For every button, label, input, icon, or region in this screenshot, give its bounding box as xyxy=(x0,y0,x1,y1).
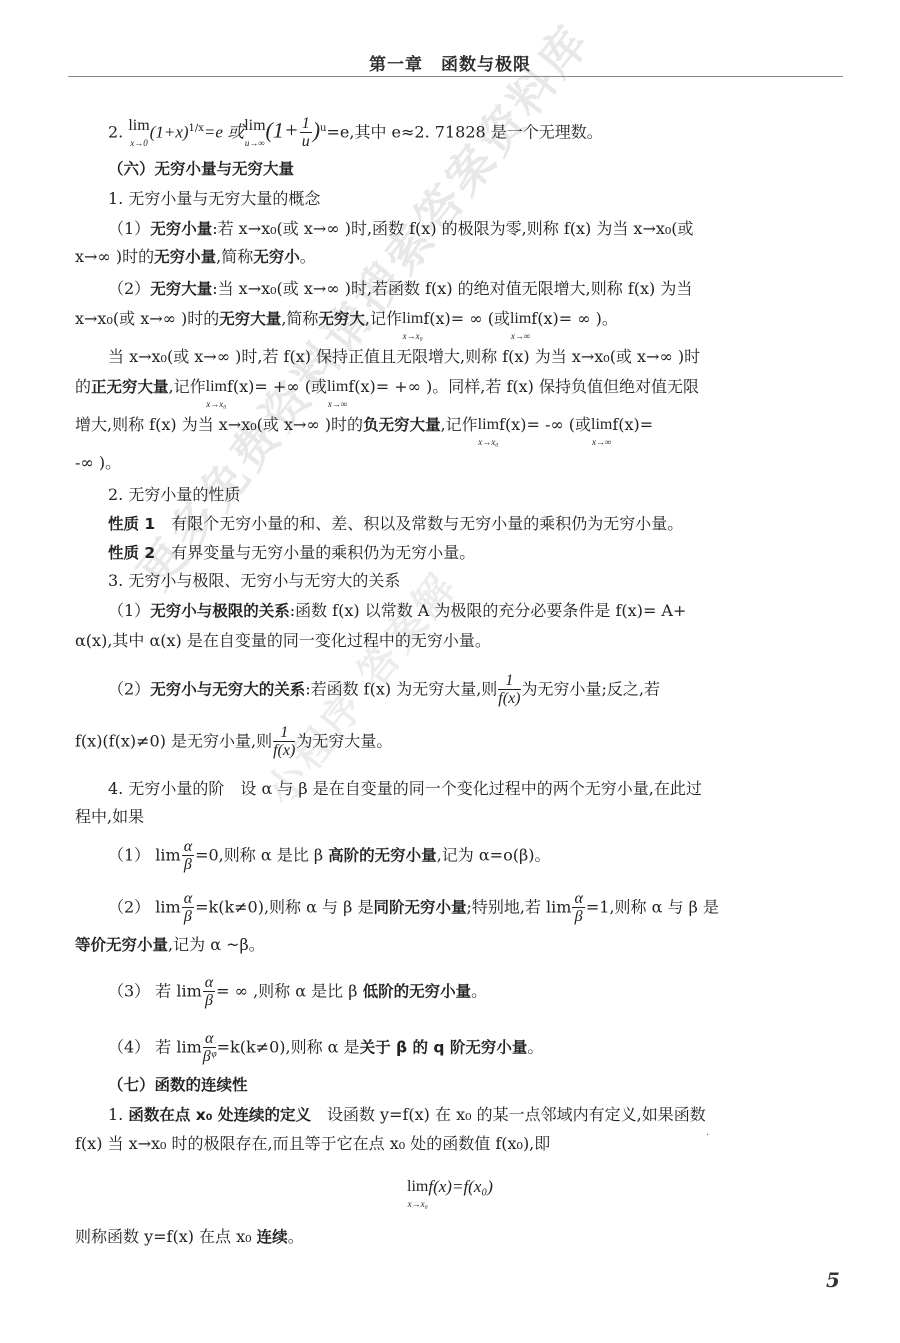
order-case-3: （3） 若 limαβ= ∞ ,则称 α 是比 β 低阶的无穷小量。 xyxy=(108,974,845,1010)
book-page: 第一章 函数与极限 更多免费资料请搜索答案资料库 小程序 答案解 2. limx… xyxy=(0,0,900,1343)
paragraph-line: x→∞ )时的无穷小量,简称无穷小。 xyxy=(75,246,845,268)
lim-operator: limu→∞ xyxy=(244,115,265,137)
lim-operator: limx→0 xyxy=(128,115,149,137)
paragraph-line: 的正无穷大量,记作limx→x₀f(x)= +∞ (或limx→∞f(x)= +… xyxy=(75,376,845,398)
section-heading-7: （七）函数的连续性 xyxy=(108,1074,845,1096)
paragraph-line: 增大,则称 f(x) 为当 x→x₀(或 x→∞ )时的负无穷大量,记作limx… xyxy=(75,414,845,436)
paragraph-line: 则称函数 y=f(x) 在点 x₀ 连续。 xyxy=(75,1226,845,1248)
paragraph-line: α(x),其中 α(x) 是在自变量的同一变化过程中的无穷小量。 xyxy=(75,630,845,652)
formula-e-limit: 2. limx→0(1+x)1/x=e 或limu→∞(1+1u)u=e,其中 … xyxy=(108,115,845,151)
chapter-header: 第一章 函数与极限 xyxy=(0,50,900,75)
section-heading-6: （六）无穷小量与无穷大量 xyxy=(108,158,845,180)
subsection-heading: 3. 无穷小与极限、无穷小与无穷大的关系 xyxy=(108,570,845,592)
property-1: 性质 1 有限个无穷小量的和、差、积以及常数与无穷小量的乘积仍为无穷小量。 xyxy=(108,513,845,535)
subsection-heading: 2. 无穷小量的性质 xyxy=(108,484,845,506)
paragraph-line: （2）无穷小与无穷大的关系:若函数 f(x) 为无穷大量,则1f(x)为无穷小量… xyxy=(108,672,845,708)
paragraph-line: （2）无穷大量:当 x→x₀(或 x→∞ )时,若函数 f(x) 的绝对值无限增… xyxy=(108,278,845,300)
watermark-text: 更多免费资料请搜索答案资料库 xyxy=(120,0,726,601)
fraction: 1u xyxy=(300,115,312,151)
paragraph-line: 1. 函数在点 x₀ 处连续的定义 设函数 y=f(x) 在 x₀ 的某一点邻域… xyxy=(108,1104,845,1126)
paragraph-line: （1）无穷小量:若 x→x₀(或 x→∞ )时,函数 f(x) 的极限为零,则称… xyxy=(108,218,845,240)
paragraph-line: f(x) 当 x→x₀ 时的极限存在,而且等于它在点 x₀ 处的函数值 f(x₀… xyxy=(75,1133,845,1155)
header-divider xyxy=(68,76,843,77)
property-2: 性质 2 有界变量与无穷小量的乘积仍为无穷小量。 xyxy=(108,542,845,564)
order-case-1: （1） limαβ=0,则称 α 是比 β 高阶的无穷小量,记为 α=o(β)。 xyxy=(108,838,845,874)
paragraph-line: x→x₀(或 x→∞ )时的无穷大量,简称无穷大,记作limx→x₀f(x)= … xyxy=(75,308,845,330)
paragraph-line: -∞ )。 xyxy=(75,452,845,474)
paragraph-line: （1）无穷小与极限的关系:函数 f(x) 以常数 A 为极限的充分必要条件是 f… xyxy=(108,600,845,622)
paragraph-line: 当 x→x₀(或 x→∞ )时,若 f(x) 保持正值且无限增大,则称 f(x)… xyxy=(108,346,845,368)
continuity-formula: limx→x₀f(x)=f(x₀) xyxy=(0,1176,900,1198)
page-number: 5 xyxy=(826,1268,840,1292)
paragraph-line: f(x)(f(x)≠0) 是无穷小量,则1f(x)为无穷大量。 xyxy=(75,724,845,760)
paragraph-line: 4. 无穷小量的阶 设 α 与 β 是在自变量的同一个变化过程中的两个无穷小量,… xyxy=(108,778,845,800)
order-case-2: （2） limαβ=k(k≠0),则称 α 与 β 是同阶无穷小量;特别地,若 … xyxy=(108,890,845,926)
paragraph-line: 程中,如果 xyxy=(75,806,845,828)
paragraph-line: 等价无穷小量,记为 α ~β。 xyxy=(75,934,845,956)
subsection-heading: 1. 无穷小量与无穷大量的概念 xyxy=(108,188,845,210)
stray-mark: · xyxy=(706,1130,709,1141)
order-case-4: （4） 若 limαβᵠ=k(k≠0),则称 α 是关于 β 的 q 阶无穷小量… xyxy=(108,1030,845,1066)
